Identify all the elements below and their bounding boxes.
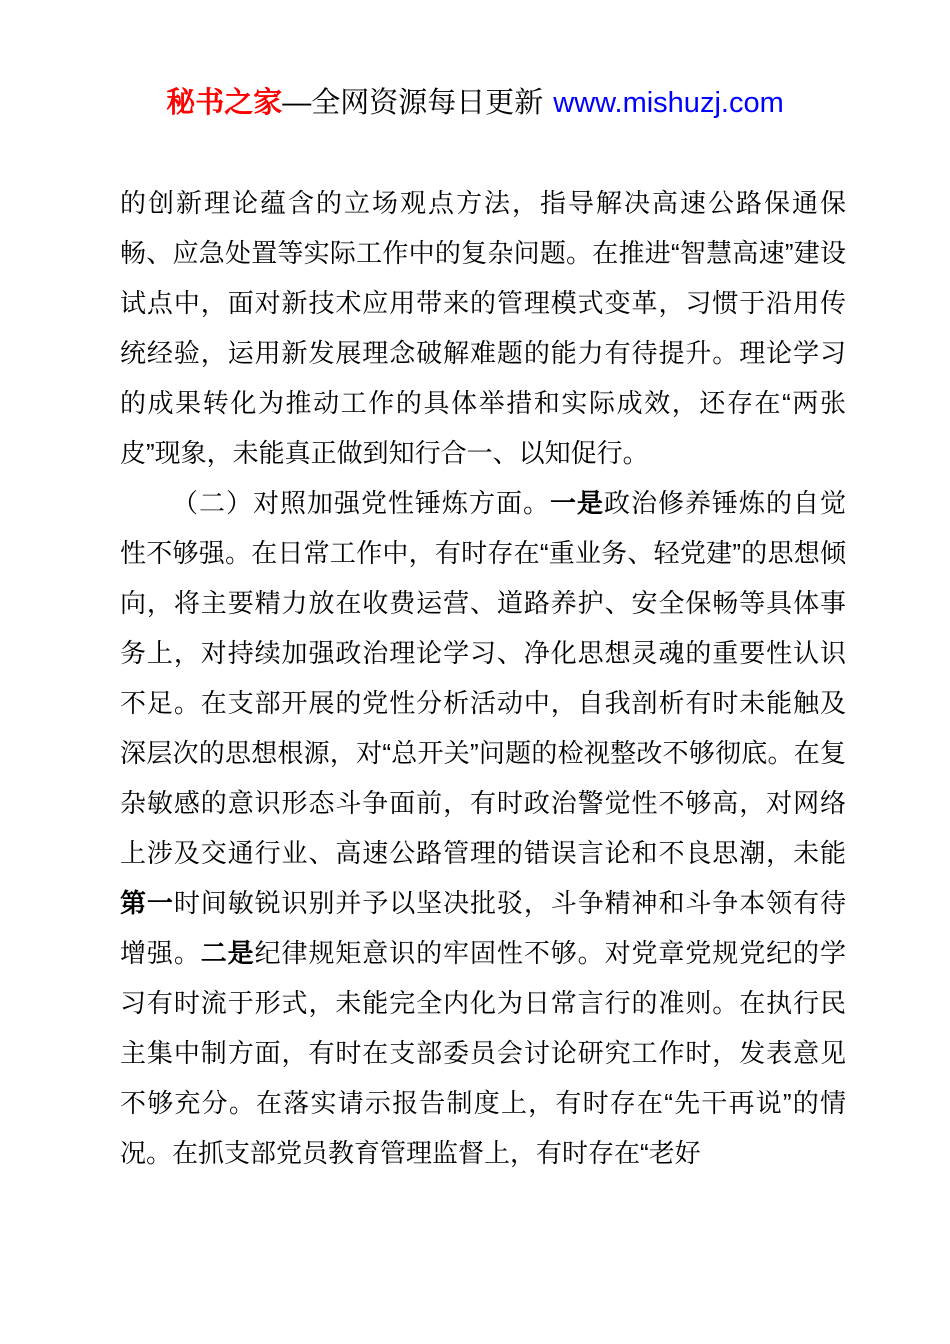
paragraph: （二）对照加强党性锤炼方面。一是政治修养锤炼的自觉性不够强。在日常工作中，有时存… — [120, 478, 846, 1178]
text-run-bold: 二是 — [201, 938, 255, 968]
text-run: 纪律规矩意识的牢固性不够。对党章党规党纪的学习有时流于形式，未能完全内化为日常言… — [120, 938, 846, 1168]
page-header: 秘书之家—全网资源每日更新www.mishuzj.com — [0, 0, 950, 122]
text-run: （二）对照加强党性锤炼方面。 — [172, 488, 550, 518]
text-run-bold: 一是 — [550, 488, 604, 518]
text-run-bold: 第一 — [120, 888, 174, 918]
text-run: 政治修养锤炼的自觉性不够强。在日常工作中，有时存在“重业务、轻党建”的思想倾向，… — [120, 488, 846, 868]
site-tagline: —全网资源每日更新 — [282, 87, 543, 119]
document-body: 的创新理论蕴含的立场观点方法，指导解决高速公路保通保畅、应急处置等实际工作中的复… — [120, 178, 846, 1178]
site-url-link[interactable]: www.mishuzj.com — [553, 87, 783, 119]
site-name: 秘书之家 — [166, 87, 282, 119]
document-page: 秘书之家—全网资源每日更新www.mishuzj.com 的创新理论蕴含的立场观… — [0, 0, 950, 1344]
paragraph: 的创新理论蕴含的立场观点方法，指导解决高速公路保通保畅、应急处置等实际工作中的复… — [120, 178, 846, 478]
text-run: 的创新理论蕴含的立场观点方法，指导解决高速公路保通保畅、应急处置等实际工作中的复… — [120, 188, 846, 468]
